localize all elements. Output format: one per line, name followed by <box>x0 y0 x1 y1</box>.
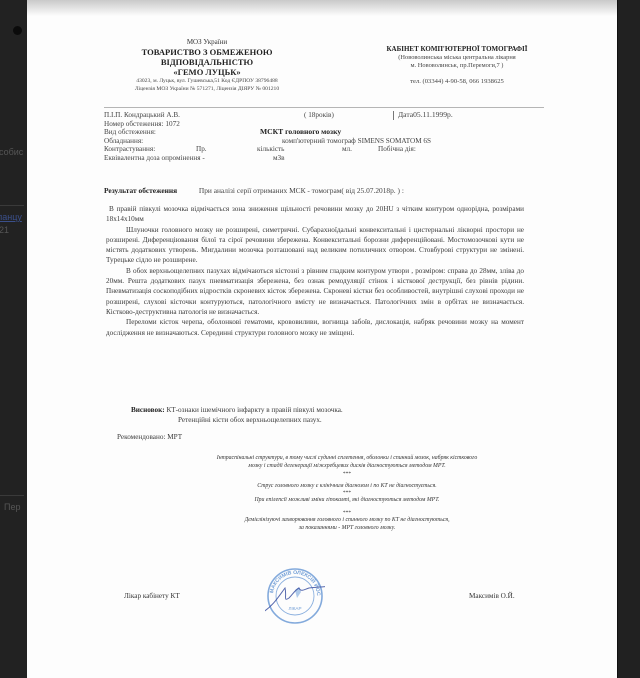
doctor-stamp: МАКСИМІВ ОЛЕКСІЙ ЙОСИП. ЛІКАР <box>265 566 325 626</box>
org-line-1: ТОВАРИСТВО З ОБМЕЖЕНОЮ <box>92 47 322 57</box>
note-4-line-1: Демієлінізуючі захворювання головного і … <box>137 517 557 525</box>
recommendation: Рекомендовано: МРТ <box>117 433 182 441</box>
conclusion: Висновок: КТ-ознаки ішемічного інфаркту … <box>131 405 531 425</box>
org-line-2: ВІДПОВІДАЛЬНІСТЮ <box>92 57 322 67</box>
department-title: КАБІНЕТ КОМП'ЮТЕРНОЇ ТОМОГРАФІЇ <box>357 45 557 54</box>
department-hospital: (Нововолинська міська центральна лікарня <box>357 54 557 63</box>
right-side-panel <box>617 0 640 678</box>
note-4-line-2: за показаннями - МРТ головного мозку. <box>137 525 557 533</box>
contrast-label: Контрастування: <box>104 145 155 154</box>
left-panel-divider <box>0 205 24 206</box>
result-paragraph: Переломи кісток черепа, оболонкові гемат… <box>106 317 524 338</box>
result-paragraph: Шлуночки головного мозку не розширені, с… <box>106 225 524 266</box>
left-panel-number-fragment: 21 <box>0 225 9 235</box>
svg-text:МАКСИМІВ ОЛЕКСІЙ ЙОСИП.: МАКСИМІВ ОЛЕКСІЙ ЙОСИП. <box>265 566 321 596</box>
dose-unit: мЗв <box>273 154 285 163</box>
result-paragraph: В правій півкулі мозочка відмічається зо… <box>106 204 524 225</box>
dose-label: Еквівалентна доза опромінення - <box>104 154 205 163</box>
result-paragraph: В обох верхньощелепних пазухах відмічают… <box>106 266 524 317</box>
department-city: м. Нововолинськ, пр.Перемоги,7 ) <box>357 62 557 71</box>
unit-ml: мл. <box>342 145 352 154</box>
doctor-name: Максимів О.Й. <box>469 592 515 600</box>
left-side-panel: особис ланцу 21 Пер <box>0 0 27 678</box>
result-intro: При аналізі серії отриманих МСК - томогр… <box>199 186 404 195</box>
patient-date: Дата05.11.1999р. <box>398 111 453 120</box>
circle-icon[interactable] <box>13 26 22 35</box>
exam-type-label: Вид обстеження: <box>104 128 156 137</box>
org-licenses: Ліцензія МОЗ України № 571271, Ліцензія … <box>92 85 322 93</box>
patient-info: П.І.П. Кондрацький А.В. ( 18років) Дата0… <box>104 111 574 163</box>
org-address: 43023, м. Луцьк, вул. Гушевська,51 Код Є… <box>92 77 322 85</box>
result-body: В правій півкулі мозочка відмічається зо… <box>106 204 524 338</box>
ministry-label: МОЗ України <box>92 38 322 47</box>
document-page: МОЗ України ТОВАРИСТВО З ОБМЕЖЕНОЮ ВІДПО… <box>27 0 617 678</box>
conclusion-line-2: Ретенційні кісти обох верхньощелепних па… <box>131 415 531 425</box>
stamp-icon: МАКСИМІВ ОЛЕКСІЙ ЙОСИП. ЛІКАР <box>265 566 325 626</box>
left-panel-link-fragment[interactable]: ланцу <box>0 212 22 222</box>
header-department: КАБІНЕТ КОМП'ЮТЕРНОЇ ТОМОГРАФІЇ (Нововол… <box>357 45 557 86</box>
svg-text:ЛІКАР: ЛІКАР <box>288 606 301 611</box>
page-top-shadow <box>27 0 617 16</box>
note-3: При епілепсії можливі зміни гіпокампі, я… <box>137 497 557 505</box>
patient-name: Кондрацький А.В. <box>124 111 180 119</box>
note-1-line-1: Інтраспінальні структури, в тому числі с… <box>137 455 557 463</box>
left-panel-text-fragment: Пер <box>4 502 20 512</box>
equipment-label: Обладнання: <box>104 137 143 146</box>
left-panel-divider <box>0 495 24 496</box>
patient-name-label: П.І.П. <box>104 111 122 119</box>
left-panel-text-fragment: особис <box>0 147 23 157</box>
note-separator: *** <box>137 471 557 478</box>
doctor-role: Лікар кабінету КТ <box>124 592 180 600</box>
quantity-label: кількість <box>257 145 284 154</box>
header-organization: МОЗ України ТОВАРИСТВО З ОБМЕЖЕНОЮ ВІДПО… <box>92 38 322 93</box>
result-label: Результат обстеження <box>104 186 177 195</box>
note-1-line-2: мозку і стадії дегенерації міжхребцевих … <box>137 463 557 471</box>
department-phone: тел. (03344) 4-90-58, 066 1938625 <box>357 78 557 87</box>
conclusion-line-1: КТ-ознаки ішемічного інфаркту в правій п… <box>166 406 342 414</box>
equipment: комп'ютерний томограф SIMENS SOMATOM 6S <box>282 137 431 146</box>
result-heading: Результат обстеження При аналізі серії о… <box>104 186 574 195</box>
header-divider <box>104 107 544 108</box>
conclusion-label: Висновок: <box>131 406 165 414</box>
side-effects-label: Побічна дія: <box>378 145 416 154</box>
exam-type: МСКТ головного мозку <box>260 128 341 137</box>
exam-number: 1072 <box>165 120 179 128</box>
contrast-value: Пр. <box>196 145 207 154</box>
org-name: «ГЕМО ЛУЦЬК» <box>92 67 322 77</box>
patient-age: ( 18років) <box>304 111 334 120</box>
note-2: Струс головного мозку є клінічним діагно… <box>137 483 557 491</box>
exam-number-label: Номер обстеження: <box>104 120 164 128</box>
disclaimer-notes: Інтраспінальні структури, в тому числі с… <box>137 455 557 533</box>
